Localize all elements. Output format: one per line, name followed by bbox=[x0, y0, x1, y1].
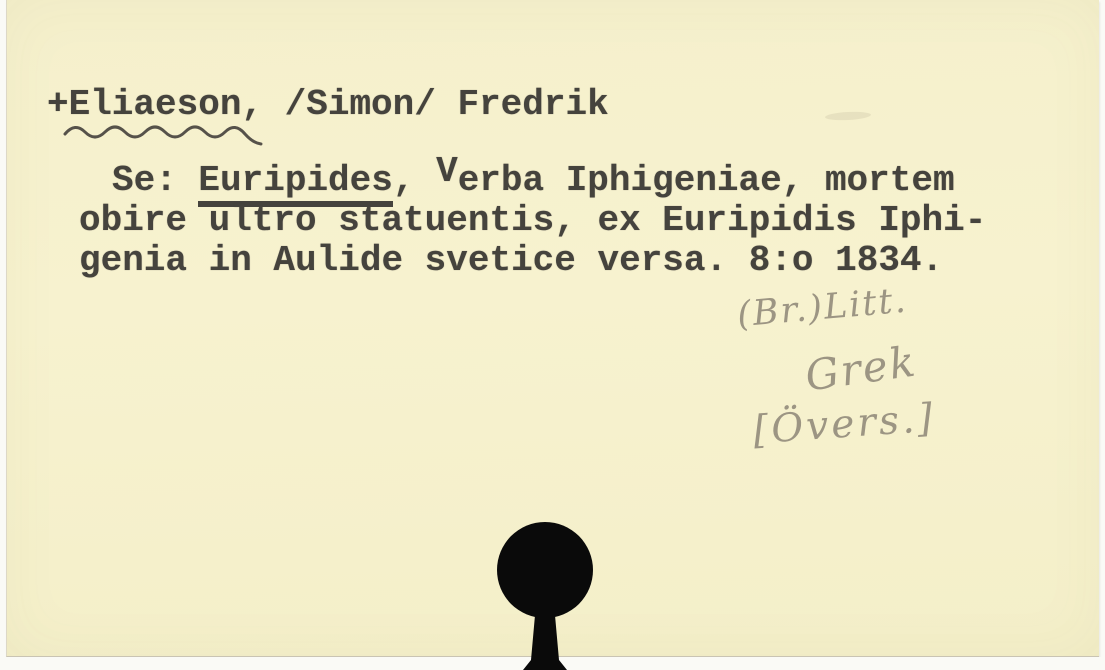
reference-line-1: Se: Euripides, Verba Iphigeniae, mortem bbox=[79, 161, 986, 201]
pencil-note-grek: Grek bbox=[802, 336, 920, 400]
scanned-page: +Eliaeson, /Simon/ Fredrik Se: Euripides… bbox=[0, 0, 1105, 670]
pencil-note-overs: [Övers.] bbox=[752, 396, 937, 454]
ink-smudge bbox=[825, 111, 871, 121]
see-prefix: Se: bbox=[112, 160, 198, 201]
reference-text-block: Se: Euripides, Verba Iphigeniae, mortem … bbox=[79, 161, 986, 281]
wavy-underline-icon bbox=[63, 118, 277, 148]
superscript-v: V bbox=[436, 152, 458, 192]
reference-line-2: obire ultro statuentis, ex Euripidis Iph… bbox=[79, 201, 986, 241]
line1-separator: , bbox=[393, 160, 436, 201]
line1-rest: erba Iphigeniae, mortem bbox=[458, 160, 955, 201]
reference-line-3: genia in Aulide svetice versa. 8:o 1834. bbox=[79, 241, 986, 281]
punch-hole-icon bbox=[465, 520, 625, 670]
pencil-note-litt: (Br.)Litt. bbox=[736, 281, 910, 336]
